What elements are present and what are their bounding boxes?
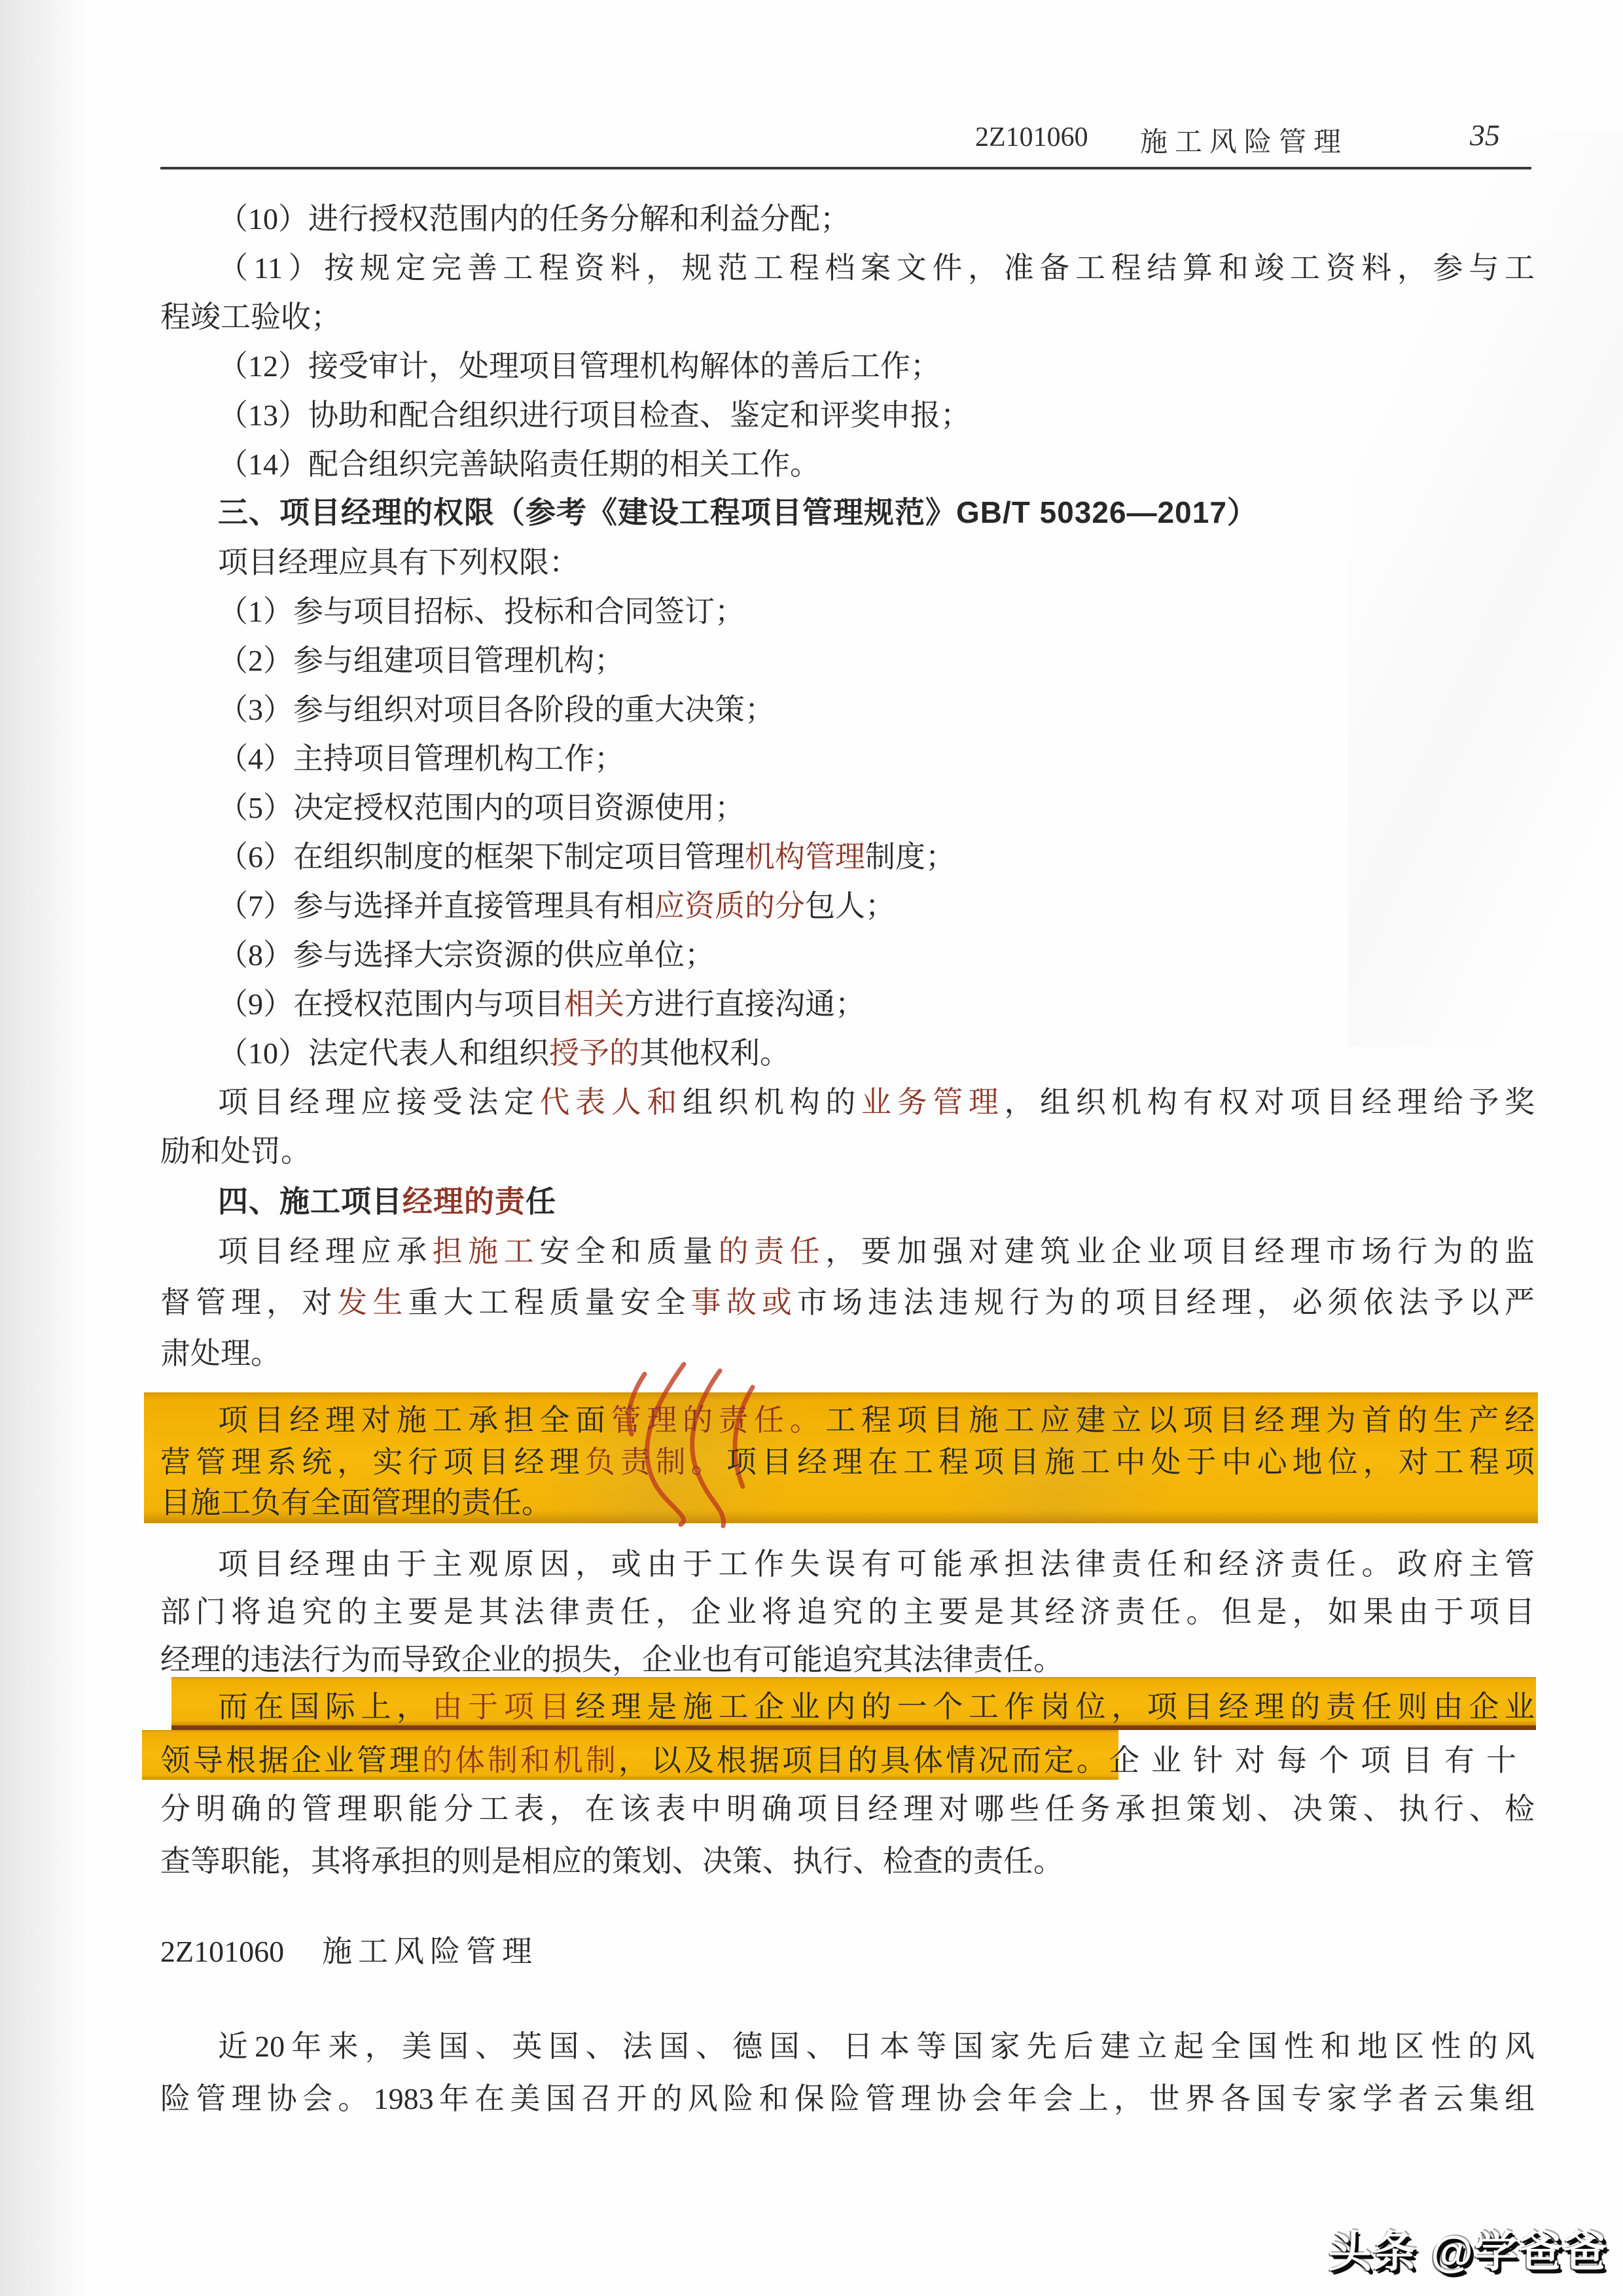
red-tinted-text: 的责任 xyxy=(719,1235,826,1268)
red-tinted-text: 发生 xyxy=(337,1286,408,1319)
text-line: （3）参与组织对项目各阶段的重大决策； xyxy=(218,690,775,730)
text-line: 项目经理应具有下列权限： xyxy=(218,543,579,582)
text-segment: （3）参与组织对项目各阶段的重大决策； xyxy=(218,693,775,726)
text-line: 督管理，对发生重大工程质量安全事故或市场违法违规行为的项目经理，必须依法予以严 xyxy=(160,1283,1535,1322)
text-segment: （4）主持项目管理机构工作； xyxy=(218,742,624,775)
red-tinted-text: 业务管理 xyxy=(861,1086,1004,1119)
text-line: 查等职能，其将承担的则是相应的策划、决策、执行、检查的责任。 xyxy=(160,1842,1063,1881)
text-segment: 四、施工项目 xyxy=(218,1184,402,1218)
text-segment: 2Z101060 xyxy=(160,1935,284,1968)
text-line: （9）在授权范围内与项目相关方进行直接沟通； xyxy=(218,985,865,1024)
text-line: 2Z101060施工风险管理 xyxy=(160,1932,538,1971)
text-line: （13）协助和配合组织进行项目检查、鉴定和评奖申报； xyxy=(218,396,971,435)
text-line: 经理的违法行为而导致企业的损失，企业也有可能追究其法律责任。 xyxy=(160,1640,1063,1680)
text-segment: 安全和质量 xyxy=(540,1235,719,1268)
header-rule xyxy=(160,167,1531,169)
text-line: 项目经理应承担施工安全和质量的责任，要加强对建筑业企业项目经理市场行为的监 xyxy=(218,1232,1535,1271)
text-line: 项目经理对施工承担全面管理的责任。工程项目施工应建立以项目经理为首的生产经 xyxy=(218,1401,1535,1440)
text-segment: 分明确的管理职能分工表，在该表中明确项目经理对哪些任务承担策划、决策、执行、检 xyxy=(160,1792,1535,1826)
document-page: 2Z101060 施工风险管理 35 （10）进行授权范围内的任务分解和利益分配… xyxy=(0,0,1623,2296)
text-line: 分明确的管理职能分工表，在该表中明确项目经理对哪些任务承担策划、决策、执行、检 xyxy=(160,1790,1535,1829)
text-line: （6）在组织制度的框架下制定项目管理机构管理制度； xyxy=(218,838,955,877)
text-line: （5）决定授权范围内的项目资源使用； xyxy=(218,788,745,828)
text-segment: （13）协助和配合组织进行项目检查、鉴定和评奖申报； xyxy=(218,398,971,432)
text-segment: （14）配合组织完善缺陷责任期的相关工作。 xyxy=(218,448,820,481)
text-line: 程竣工验收； xyxy=(160,298,341,337)
text-line: （10）进行授权范围内的任务分解和利益分配； xyxy=(218,200,850,239)
text-line: 目施工负有全面管理的责任。 xyxy=(160,1483,552,1523)
text-line: 项目经理由于主观原因，或由于工作失误有可能承担法律责任和经济责任。政府主管 xyxy=(218,1545,1535,1584)
text-segment: 险管理协会。1983年在美国召开的风险和保险管理协会年会上，世界各国专家学者云集… xyxy=(160,2082,1535,2115)
text-segment: 营管理系统，实行项目经理 xyxy=(160,1445,585,1479)
text-segment: 部门将追究的主要是其法律责任，企业将追究的主要是其经济责任。但是，如果由于项目 xyxy=(160,1595,1535,1629)
red-tinted-text: 授予的 xyxy=(549,1036,639,1070)
red-tinted-text: 相关 xyxy=(564,987,624,1021)
text-segment: 项目经理应承 xyxy=(218,1235,433,1268)
text-segment: （1）参与项目招标、投标和合同签订； xyxy=(218,595,745,628)
text-segment: （2）参与组建项目管理机构； xyxy=(218,644,624,677)
text-line: （12）接受审计，处理项目管理机构解体的善后工作； xyxy=(218,347,940,386)
text-segment: 经理是施工企业内的一个工作岗位，项目经理的责任则由企业 xyxy=(575,1690,1535,1723)
scan-edge-shading xyxy=(0,0,88,2296)
red-tinted-text: 代表人和 xyxy=(540,1086,683,1119)
red-tinted-text: 应资质的分 xyxy=(654,889,805,923)
text-line: （10）法定代表人和组织授予的其他权利。 xyxy=(218,1034,790,1073)
text-segment: 工程项目施工应建立以项目经理为首的生产经 xyxy=(825,1404,1535,1437)
text-line: 险管理协会。1983年在美国召开的风险和保险管理协会年会上，世界各国专家学者云集… xyxy=(160,2079,1535,2119)
text-segment: 重大工程质量安全 xyxy=(408,1286,690,1319)
text-segment: ，以及根据项目的具体情况而定。 xyxy=(618,1744,1109,1777)
text-segment: 经理的违法行为而导致企业的损失，企业也有可能追究其法律责任。 xyxy=(160,1643,1063,1676)
text-segment: 而在国际上， xyxy=(218,1690,433,1723)
red-tinted-text: 事故或 xyxy=(691,1286,797,1319)
red-tinted-text: 机构管理 xyxy=(745,840,865,874)
text-segment: 方进行直接沟通； xyxy=(624,987,865,1021)
text-line: （1）参与项目招标、投标和合同签订； xyxy=(218,592,745,631)
text-line: 励和处罚。 xyxy=(160,1132,311,1171)
red-tinted-text: 的体制和机制 xyxy=(422,1744,618,1777)
text-segment: 查等职能，其将承担的则是相应的策划、决策、执行、检查的责任。 xyxy=(160,1845,1063,1878)
text-segment: 包人； xyxy=(805,889,895,923)
red-tinted-text: 担施工 xyxy=(433,1235,540,1268)
header-code: 2Z101060 xyxy=(975,122,1088,153)
text-segment: 制度； xyxy=(865,840,955,874)
text-segment: 程竣工验收； xyxy=(160,300,341,334)
text-segment: 肃处理。 xyxy=(160,1337,281,1370)
text-line: （11）按规定完善工程资料，规范工程档案文件，准备工程结算和竣工资料，参与工 xyxy=(218,249,1535,288)
text-line: 项目经理应接受法定代表人和组织机构的业务管理，组织机构有权对项目经理给予奖 xyxy=(218,1083,1535,1122)
text-segment: 企业针对每个项目有十 xyxy=(1109,1744,1528,1777)
text-line: 部门将追究的主要是其法律责任，企业将追究的主要是其经济责任。但是，如果由于项目 xyxy=(160,1593,1535,1632)
text-segment: ，组织机构有权对项目经理给予奖 xyxy=(1004,1086,1535,1119)
header-title: 施工风险管理 xyxy=(1140,120,1348,160)
text-segment: 施工风险管理 xyxy=(322,1935,538,1968)
text-line: 而在国际上，由于项目经理是施工企业内的一个工作岗位，项目经理的责任则由企业 xyxy=(218,1687,1535,1727)
text-line: 近20年来，美国、英国、法国、德国、日本等国家先后建立起全国性和地区性的风 xyxy=(218,2027,1535,2066)
text-segment: 项目经理应具有下列权限： xyxy=(218,546,579,579)
text-segment: 领导根据企业管理 xyxy=(160,1744,422,1777)
text-segment: 市场违法违规行为的项目经理，必须依法予以严 xyxy=(797,1286,1535,1319)
watermark-text: 头条 @学爸爸 xyxy=(1329,2217,1608,2279)
text-segment: 组织机构的 xyxy=(683,1086,861,1119)
text-line: （14）配合组织完善缺陷责任期的相关工作。 xyxy=(218,445,820,484)
text-line: （4）主持项目管理机构工作； xyxy=(218,739,624,779)
text-line: （8）参与选择大宗资源的供应单位； xyxy=(218,936,715,975)
text-segment: ，要加强对建筑业企业项目经理市场行为的监 xyxy=(825,1235,1535,1268)
text-segment: （11）按规定完善工程资料，规范工程档案文件，准备工程结算和竣工资料，参与工 xyxy=(218,251,1535,285)
text-segment: （7）参与选择并直接管理具有相 xyxy=(218,889,654,923)
text-segment: （6）在组织制度的框架下制定项目管理 xyxy=(218,840,745,874)
text-line: （7）参与选择并直接管理具有相应资质的分包人； xyxy=(218,887,895,926)
text-segment: （12）接受审计，处理项目管理机构解体的善后工作； xyxy=(218,349,940,383)
text-segment: 项目经理由于主观原因，或由于工作失误有可能承担法律责任和经济责任。政府主管 xyxy=(218,1547,1535,1581)
text-line: 营管理系统，实行项目经理负责制。项目经理在工程项目施工中处于中心地位，对工程项 xyxy=(160,1443,1535,1482)
text-line: 四、施工项目经理的责任 xyxy=(218,1182,556,1221)
text-line: （2）参与组建项目管理机构； xyxy=(218,641,624,680)
page-number: 35 xyxy=(1470,118,1500,152)
red-tinted-text: 管理的责任。 xyxy=(611,1404,826,1437)
red-tinted-text: 负责制。 xyxy=(585,1445,726,1479)
text-segment: （5）决定授权范围内的项目资源使用； xyxy=(218,791,745,824)
text-segment: 目施工负有全面管理的责任。 xyxy=(160,1486,552,1519)
text-segment: 三、项目经理的权限（参考《建设工程项目管理规范》GB/T 50326—2017） xyxy=(218,495,1258,529)
text-segment: （10）法定代表人和组织 xyxy=(218,1036,549,1070)
text-segment: （10）进行授权范围内的任务分解和利益分配； xyxy=(218,202,850,236)
text-segment: 励和处罚。 xyxy=(160,1135,311,1168)
text-segment: 近20年来，美国、英国、法国、德国、日本等国家先后建立起全国性和地区性的风 xyxy=(218,2030,1535,2063)
red-tinted-text: 由于项目 xyxy=(433,1690,575,1723)
text-line: 肃处理。 xyxy=(160,1334,281,1373)
text-segment: （8）参与选择大宗资源的供应单位； xyxy=(218,938,715,972)
text-segment: 其他权利。 xyxy=(639,1036,790,1070)
text-line: 领导根据企业管理的体制和机制，以及根据项目的具体情况而定。企业针对每个项目有十 xyxy=(160,1741,1528,1780)
text-segment: 任 xyxy=(526,1184,556,1218)
red-tinted-text: 经理的责 xyxy=(402,1184,526,1218)
text-line: 三、项目经理的权限（参考《建设工程项目管理规范》GB/T 50326—2017） xyxy=(218,493,1258,532)
text-segment: 项目经理对施工承担全面 xyxy=(218,1404,611,1437)
text-segment: 项目经理应接受法定 xyxy=(218,1086,540,1119)
text-segment: 督管理，对 xyxy=(160,1286,337,1319)
text-segment: （9）在授权范围内与项目 xyxy=(218,987,564,1021)
text-segment: 项目经理在工程项目施工中处于中心地位，对工程项 xyxy=(726,1445,1535,1479)
